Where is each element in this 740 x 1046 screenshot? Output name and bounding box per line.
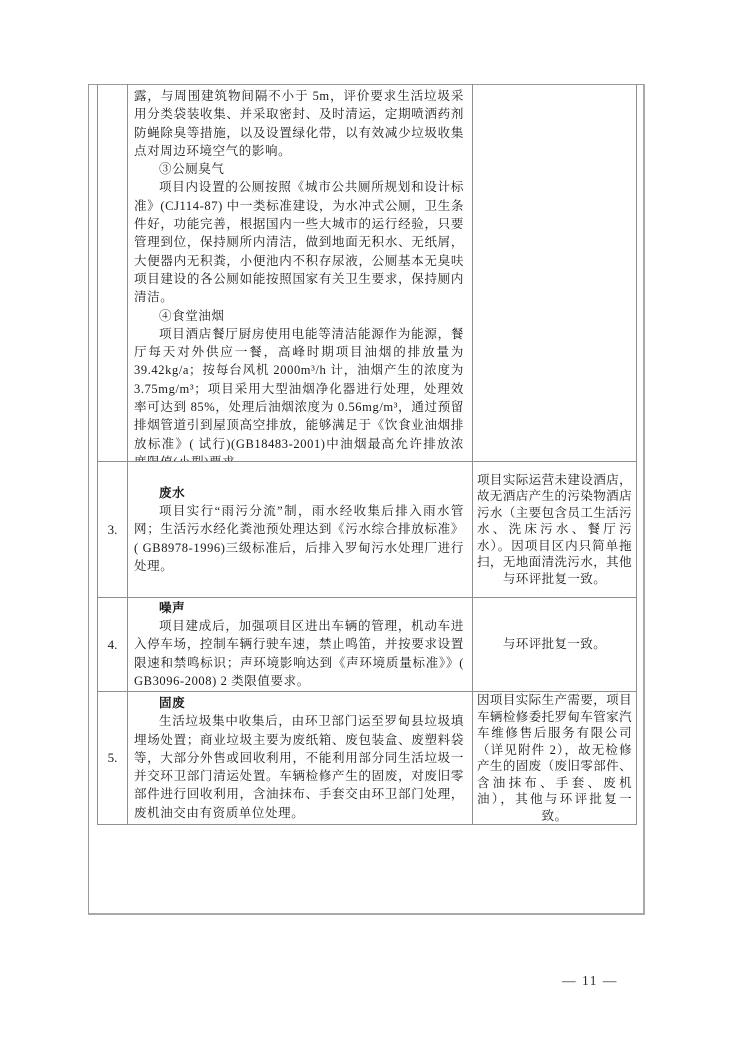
wastewater-title: 废水 xyxy=(134,484,464,502)
noise-title: 噪声 xyxy=(134,599,464,617)
paragraph-toilet-odor-body: 项目内设置的公厕按照《城市公共厕所规划和设计标准》(CJ114-87) 中一类标… xyxy=(134,178,464,306)
row1-remark-cell-empty xyxy=(473,84,637,462)
solid-waste-remark: 因项目实际生产需要，项目车辆检修委托罗甸车管家汽车维修售后服务有限公司（详见附件… xyxy=(477,692,632,824)
paragraph-canteen-fume-heading: ④食堂油烟 xyxy=(134,307,464,325)
solid-waste-title: 固废 xyxy=(134,694,464,712)
row5-remark-cell: 因项目实际生产需要，项目车辆检修委托罗甸车管家汽车维修售后服务有限公司（详见附件… xyxy=(473,692,637,825)
row3-remark-cell: 项目实际运营未建设酒店，故无酒店产生的污染物酒店污水（主要包含员工生活污水、洗床… xyxy=(473,462,637,598)
row4-remark-cell: 与环评批复一致。 xyxy=(473,598,637,692)
paragraph-overflow-waste-air: 露，与周围建筑物间隔不小于 5m，评价要求生活垃圾采用分类袋装收集、并采取密封、… xyxy=(134,87,464,160)
row3-number-cell: 3. xyxy=(98,462,128,598)
row3-measures-cell: 废水 项目实行“雨污分流”制，雨水经收集后排入雨水管网；生活污水经化粪池预处理达… xyxy=(128,462,473,598)
environmental-measures-table: 露，与周围建筑物间隔不小于 5m，评价要求生活垃圾采用分类袋装收集、并采取密封、… xyxy=(97,84,637,825)
paragraph-canteen-fume-body: 项目酒店餐厅厨房使用电能等清洁能源作为能源，餐厅每天对外供应一餐，高峰时期项目油… xyxy=(134,325,464,462)
page-number: — 11 — xyxy=(545,973,635,989)
row1-measures-cell: 露，与周围建筑物间隔不小于 5m，评价要求生活垃圾采用分类袋装收集、并采取密封、… xyxy=(128,84,473,462)
row4-measures-cell: 噪声 项目建成后，加强项目区进出车辆的管理，机动车进入停车场，控制车辆行驶车速，… xyxy=(128,598,473,692)
row5-measures-cell: 固废 生活垃圾集中收集后，由环卫部门运至罗甸县垃圾填埋场处置；商业垃圾主要为废纸… xyxy=(128,692,473,825)
row3-number: 3. xyxy=(108,522,118,538)
paragraph-toilet-odor-heading: ③公厕臭气 xyxy=(134,160,464,178)
row4-number: 4. xyxy=(108,637,118,653)
document-page: 露，与周围建筑物间隔不小于 5m，评价要求生活垃圾采用分类袋装收集、并采取密封、… xyxy=(0,0,740,1046)
wastewater-body: 项目实行“雨污分流”制，雨水经收集后排入雨水管网；生活污水经化粪池预处理达到《污… xyxy=(134,502,464,575)
noise-remark: 与环评批复一致。 xyxy=(477,636,632,653)
row5-number-cell: 5. xyxy=(98,692,128,825)
row5-number: 5. xyxy=(108,750,118,766)
wastewater-remark: 项目实际运营未建设酒店，故无酒店产生的污染物酒店污水（主要包含员工生活污水、洗床… xyxy=(477,472,632,588)
solid-waste-body: 生活垃圾集中收集后，由环卫部门运至罗甸县垃圾填埋场处置；商业垃圾主要为废纸箱、废… xyxy=(134,712,464,822)
row4-number-cell: 4. xyxy=(98,598,128,692)
noise-body: 项目建成后，加强项目区进出车辆的管理，机动车进入停车场，控制车辆行驶车速，禁止鸣… xyxy=(134,617,464,690)
row1-number-cell xyxy=(98,84,128,462)
